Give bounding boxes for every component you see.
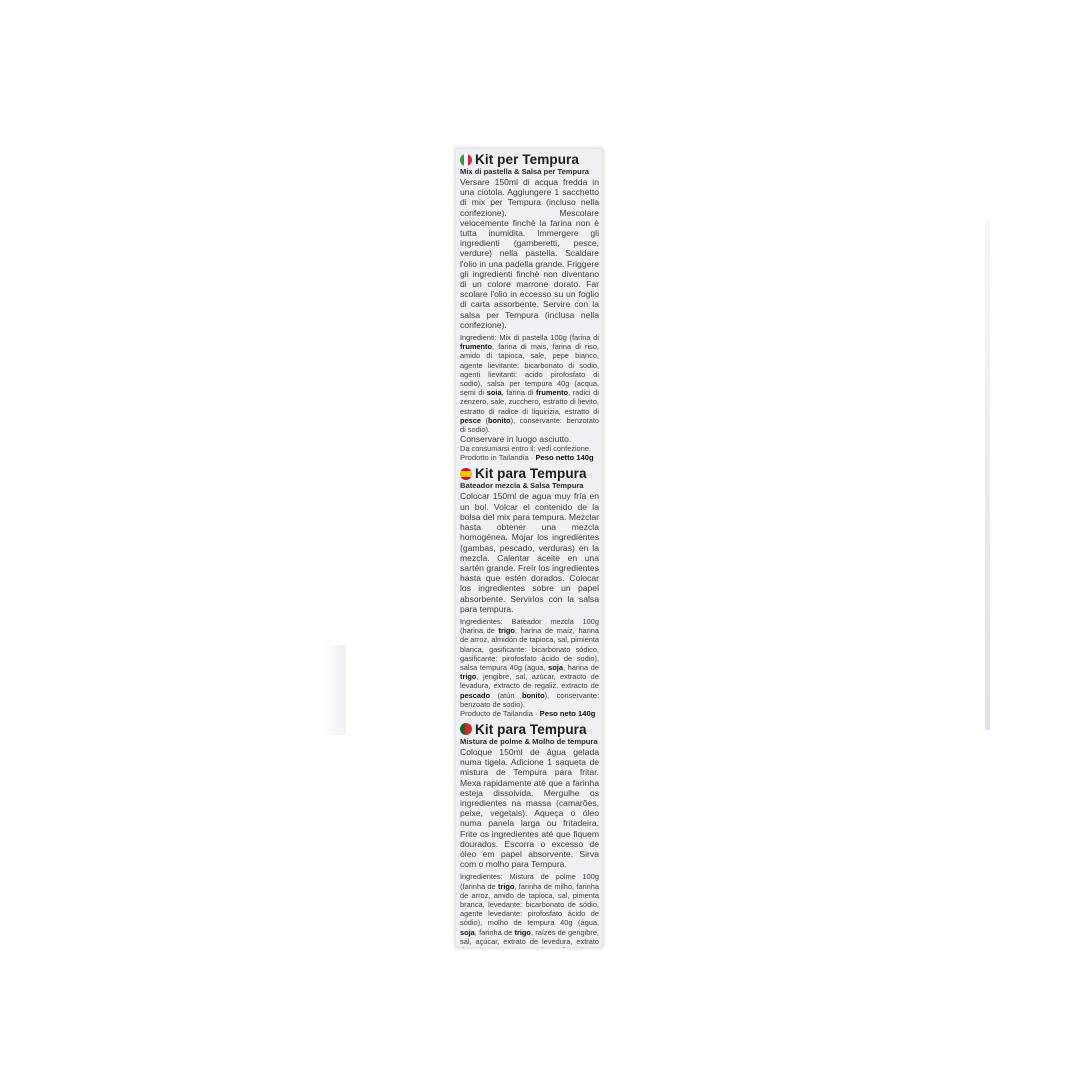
- origin-text: Producto de Tailandia: [460, 709, 533, 718]
- ingredients-list: Ingredienti: Mix di pastella 100g (farin…: [460, 333, 599, 434]
- preparation-instructions: Coloque 150ml de água gelada numa tigela…: [460, 747, 599, 869]
- section-title: Kit per Tempura: [475, 152, 579, 167]
- origin-weight-line: Prodotto in Tailandia · Peso netto 140g: [460, 453, 599, 463]
- storage-note: Conservare in luogo asciutto.: [460, 434, 599, 444]
- title-row: Kit per Tempura: [460, 152, 599, 167]
- best-before-note: Da consumarsi entro il: vedi confezione.: [460, 444, 599, 453]
- section-title: Kit para Tempura: [475, 722, 587, 737]
- preparation-instructions: Versare 150ml di acqua fredda in una cio…: [460, 177, 599, 330]
- title-row: Kit para Tempura: [460, 466, 599, 481]
- origin-text: Prodotto in Tailandia: [460, 453, 529, 462]
- ingredients-list: Ingredientes: Bateador mezcla 100g (hari…: [460, 617, 599, 709]
- net-weight: Peso netto 140g: [535, 453, 593, 462]
- preparation-instructions: Colocar 150ml de agua muy fría en un bol…: [460, 491, 599, 613]
- section-subtitle: Mix di pastella & Salsa per Tempura: [460, 167, 599, 177]
- title-row: Kit para Tempura: [460, 722, 599, 737]
- section-subtitle: Bateador mezcla & Salsa Tempura: [460, 481, 599, 491]
- ingredients-list: Ingredientes: Mistura de polme 100g (far…: [460, 872, 599, 948]
- section-portuguese: Kit para Tempura Mistura de polme & Molh…: [460, 722, 599, 948]
- portugal-flag-icon: [460, 723, 472, 735]
- italy-flag-icon: [460, 154, 472, 166]
- background-package-edge: [985, 220, 990, 730]
- package-side-panel: Kit per Tempura Mix di pastella & Salsa …: [455, 148, 603, 948]
- origin-weight-line: Producto de Tailandia · Peso neto 140g: [460, 709, 599, 719]
- spain-flag-icon: [460, 468, 472, 480]
- section-spanish: Kit para Tempura Bateador mezcla & Salsa…: [460, 466, 599, 718]
- background-shadow: [320, 645, 346, 735]
- section-italian: Kit per Tempura Mix di pastella & Salsa …: [460, 152, 599, 463]
- section-subtitle: Mistura de polme & Molho de tempura: [460, 737, 599, 747]
- section-title: Kit para Tempura: [475, 466, 587, 481]
- net-weight: Peso neto 140g: [540, 709, 596, 718]
